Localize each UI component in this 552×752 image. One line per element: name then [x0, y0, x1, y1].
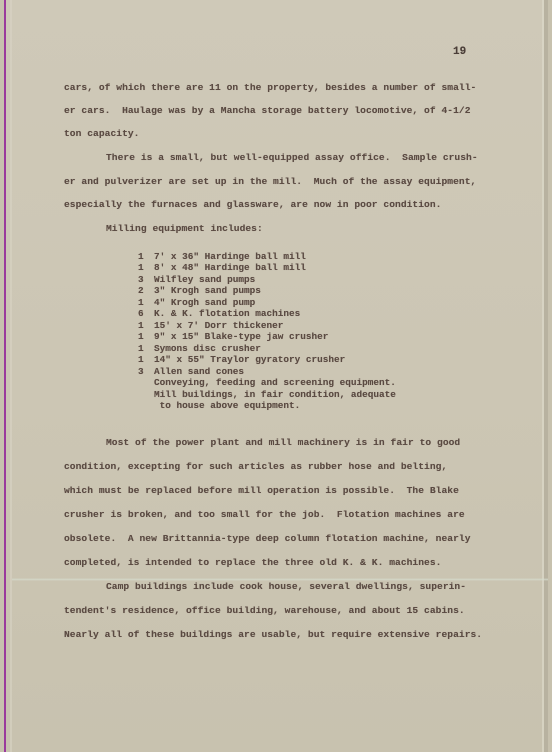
item-quantity: 6 [138, 308, 154, 320]
item-description: 14" x 55" Traylor gyratory crusher [154, 354, 345, 366]
paragraph-3-line-3: which must be replaced before mill opera… [64, 485, 459, 496]
paragraph-3-line-1: Most of the power plant and mill machine… [106, 437, 460, 448]
paragraph-3-line-2: condition, excepting for such articles a… [64, 461, 447, 472]
paragraph-2-line-2: er and pulverizer are set up in the mill… [64, 176, 476, 187]
item-quantity: 2 [138, 285, 154, 297]
milling-equipment-heading: Milling equipment includes: [106, 223, 263, 234]
scan-edge-right [544, 0, 548, 752]
paragraph-1-line-1: cars, of which there are 11 on the prope… [64, 82, 476, 93]
scan-edge-left [4, 0, 6, 752]
paragraph-2-line-1: There is a small, but well-equipped assa… [106, 152, 478, 163]
scan-edge-left-highlight [10, 0, 12, 752]
list-item: 19" x 15" Blake-type jaw crusher [138, 331, 328, 343]
paragraph-4-line-1: Camp buildings include cook house, sever… [106, 581, 466, 592]
item-description: 9" x 15" Blake-type jaw crusher [154, 331, 328, 343]
item-quantity: 3 [138, 366, 154, 378]
list-item: 114" x 55" Traylor gyratory crusher [138, 354, 345, 366]
page-number: 19 [453, 46, 466, 58]
paragraph-4-line-3: Nearly all of these buildings are usable… [64, 629, 482, 640]
paragraph-3-line-5: obsolete. A new Brittannia-type deep col… [64, 533, 471, 544]
list-item: 23" Krogh sand pumps [138, 285, 261, 297]
item-quantity: 1 [138, 354, 154, 366]
paragraph-3-line-4: crusher is broken, and too small for the… [64, 509, 465, 520]
scan-edge-right-highlight [542, 0, 544, 752]
paragraph-4-line-2: tendent's residence, office building, wa… [64, 605, 465, 616]
item-quantity: 1 [138, 262, 154, 274]
paragraph-1-line-2: er cars. Haulage was by a Mancha storage… [64, 105, 471, 116]
paragraph-2-line-3: especially the furnaces and glassware, a… [64, 199, 441, 210]
list-item: 18' x 48" Hardinge ball mill [138, 262, 306, 274]
item-description: 8' x 48" Hardinge ball mill [154, 262, 306, 274]
item-description: K. & K. flotation machines [154, 308, 300, 320]
paragraph-3-line-6: completed, is intended to replace the th… [64, 557, 441, 568]
paragraph-1-line-3: ton capacity. [64, 128, 140, 139]
item-quantity: 1 [138, 331, 154, 343]
item-description: 3" Krogh sand pumps [154, 285, 261, 297]
milling-extra-line-3: to house above equipment. [154, 400, 300, 412]
milling-extra-line-1: Conveying, feeding and screening equipme… [154, 377, 396, 389]
list-item: 6K. & K. flotation machines [138, 308, 300, 320]
